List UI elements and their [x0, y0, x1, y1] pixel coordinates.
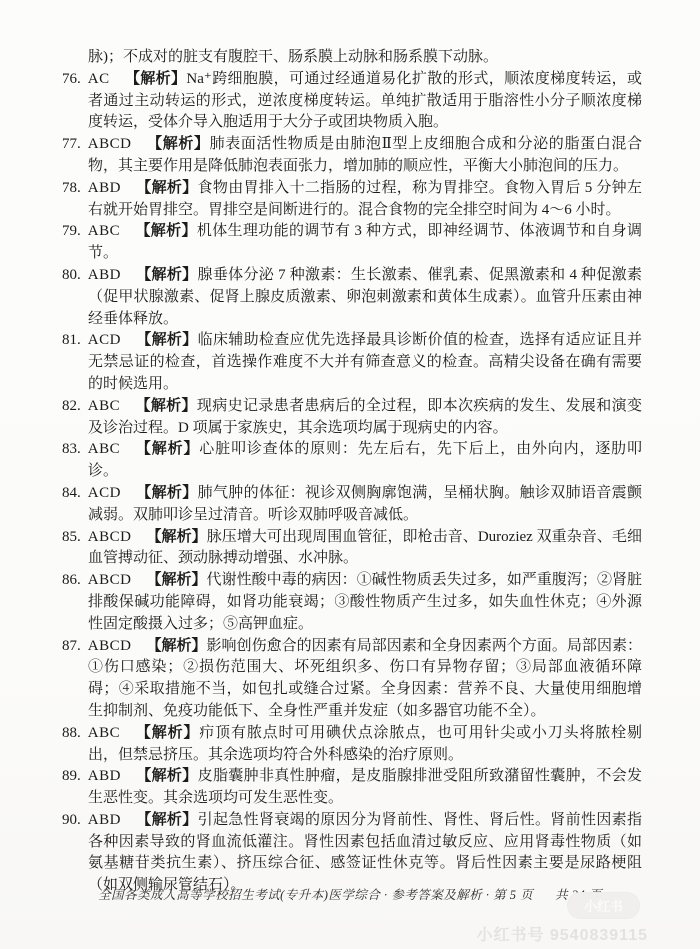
analysis-label: 【解析】	[136, 812, 198, 828]
answer-letters: ACD	[88, 332, 121, 348]
footer-total-pages: 共 24 页	[555, 888, 602, 902]
scanned-answer-page: 脉)；不成对的脏支有腹腔干、肠系膜上动脉和肠系膜下动脉。 76.AC【解析】Na…	[0, 0, 700, 949]
answer-item-81: 81.ACD【解析】临床辅助检查应优先选择最具诊断价值的检查，选择有适应证且并无…	[62, 330, 642, 395]
analysis-label: 【解析】	[136, 768, 198, 784]
answer-item-87: 87.ABCD【解析】影响创伤愈合的因素有局部因素和全身因素两个方面。局部因素：…	[62, 636, 642, 723]
answer-item-82: 82.ABC【解析】现病史记录患者患病后的全过程，即本次疾病的发生、发展和演变及…	[62, 396, 642, 440]
question-number: 87.	[62, 638, 81, 654]
answer-item-84: 84.ACD【解析】肺气肿的体征：视诊双侧胸廓饱满，呈桶状胸。触诊双肺语音震颤减…	[62, 483, 642, 527]
answer-letters: ABC	[88, 725, 120, 741]
answer-item-90: 90.ABD【解析】引起急性肾衰竭的原因分为肾前性、肾性、肾后性。肾前性因素指各…	[62, 810, 642, 897]
question-number: 89.	[62, 768, 81, 784]
answer-letters: ABC	[88, 223, 120, 239]
answer-item-83: 83.ABC【解析】心脏叩诊查体的原则：先左后右，先下后上，由外向内，逐肋叩诊。	[62, 439, 642, 483]
answer-item-88: 88.ABC【解析】疖顶有脓点时可用碘伏点涂脓点，也可用针尖或小刀头将脓栓剔出，…	[62, 723, 642, 767]
page-footer: 全国各类成人高等学校招生考试(专升本)医学综合 · 参考答案及解析 · 第 5 …	[0, 885, 700, 903]
answer-letters: AC	[88, 71, 110, 87]
answer-item-76: 76.AC【解析】Na⁺跨细胞膜，可通过经通道易化扩散的形式，顺浓度梯度转运，或…	[62, 69, 642, 134]
question-number: 84.	[62, 485, 81, 501]
answer-item-79: 79.ABC【解析】机体生理功能的调节有 3 种方式，即神经调节、体液调节和自身…	[62, 221, 642, 265]
xiaohongshu-id-text: 小红书号 9540839115	[476, 922, 648, 945]
answer-letters: ABCD	[88, 638, 132, 654]
answer-letters: ABD	[88, 768, 121, 784]
answer-letters: ABC	[88, 441, 120, 457]
analysis-label: 【解析】	[146, 572, 206, 588]
question-number: 81.	[62, 332, 81, 348]
analysis-label: 【解析】	[135, 725, 199, 741]
answer-letters: ABC	[88, 398, 120, 414]
question-number: 77.	[62, 136, 81, 152]
question-number: 76.	[62, 71, 81, 87]
footer-exam-title: 全国各类成人高等学校招生考试(专升本)医学综合 · 参考答案及解析 · 第 5 …	[98, 888, 533, 902]
question-number: 85.	[62, 529, 81, 545]
answer-content: 脉)；不成对的脏支有腹腔干、肠系膜上动脉和肠系膜下动脉。 76.AC【解析】Na…	[62, 47, 642, 897]
answer-item-85: 85.ABCD【解析】脉压增大可出现周围血管征，即枪击音、Duroziez 双重…	[62, 527, 642, 571]
answer-item-89: 89.ABD【解析】皮脂囊肿非真性肿瘤，是皮脂腺排泄受阻所致潴留性囊肿，不会发生…	[62, 766, 642, 810]
analysis-label: 【解析】	[135, 441, 199, 457]
question-number: 79.	[62, 223, 81, 239]
analysis-label: 【解析】	[136, 267, 198, 283]
question-number: 78.	[62, 180, 81, 196]
answer-letters: ACD	[88, 485, 121, 501]
answer-letters: ABD	[88, 812, 121, 828]
answer-item-86: 86.ABCD【解析】代谢性酸中毒的病因：①碱性物质丢失过多，如严重腹泻；②肾脏…	[62, 570, 642, 635]
analysis-label: 【解析】	[135, 223, 197, 239]
question-number: 83.	[62, 441, 81, 457]
answer-item-77: 77.ABCD【解析】肺表面活性物质是由肺泡Ⅱ型上皮细胞合成和分泌的脂蛋白混合物…	[62, 134, 642, 178]
question-number: 82.	[62, 398, 81, 414]
question-number: 80.	[62, 267, 81, 283]
analysis-label: 【解析】	[136, 485, 198, 501]
answer-item-78: 78.ABD【解析】食物由胃排入十二指肠的过程，称为胃排空。食物入胃后 5 分钟…	[62, 178, 642, 222]
question-number: 88.	[62, 725, 81, 741]
analysis-label: 【解析】	[136, 332, 198, 348]
answer-letters: ABCD	[88, 572, 132, 588]
carryover-line: 脉)；不成对的脏支有腹腔干、肠系膜上动脉和肠系膜下动脉。	[62, 47, 642, 69]
analysis-label: 【解析】	[125, 71, 187, 87]
analysis-label: 【解析】	[146, 529, 206, 545]
answer-item-80: 80.ABD【解析】腺垂体分泌 7 种激素：生长激素、催乳素、促黑激素和 4 种…	[62, 265, 642, 330]
question-number: 86.	[62, 572, 81, 588]
answer-letters: ABD	[88, 180, 121, 196]
answer-letters: ABD	[88, 267, 121, 283]
analysis-label: 【解析】	[136, 180, 198, 196]
analysis-label: 【解析】	[146, 136, 209, 152]
analysis-label: 【解析】	[135, 398, 197, 414]
answer-letters: ABCD	[88, 136, 132, 152]
answer-letters: ABCD	[88, 529, 132, 545]
analysis-label: 【解析】	[146, 638, 206, 654]
question-number: 90.	[62, 812, 81, 828]
